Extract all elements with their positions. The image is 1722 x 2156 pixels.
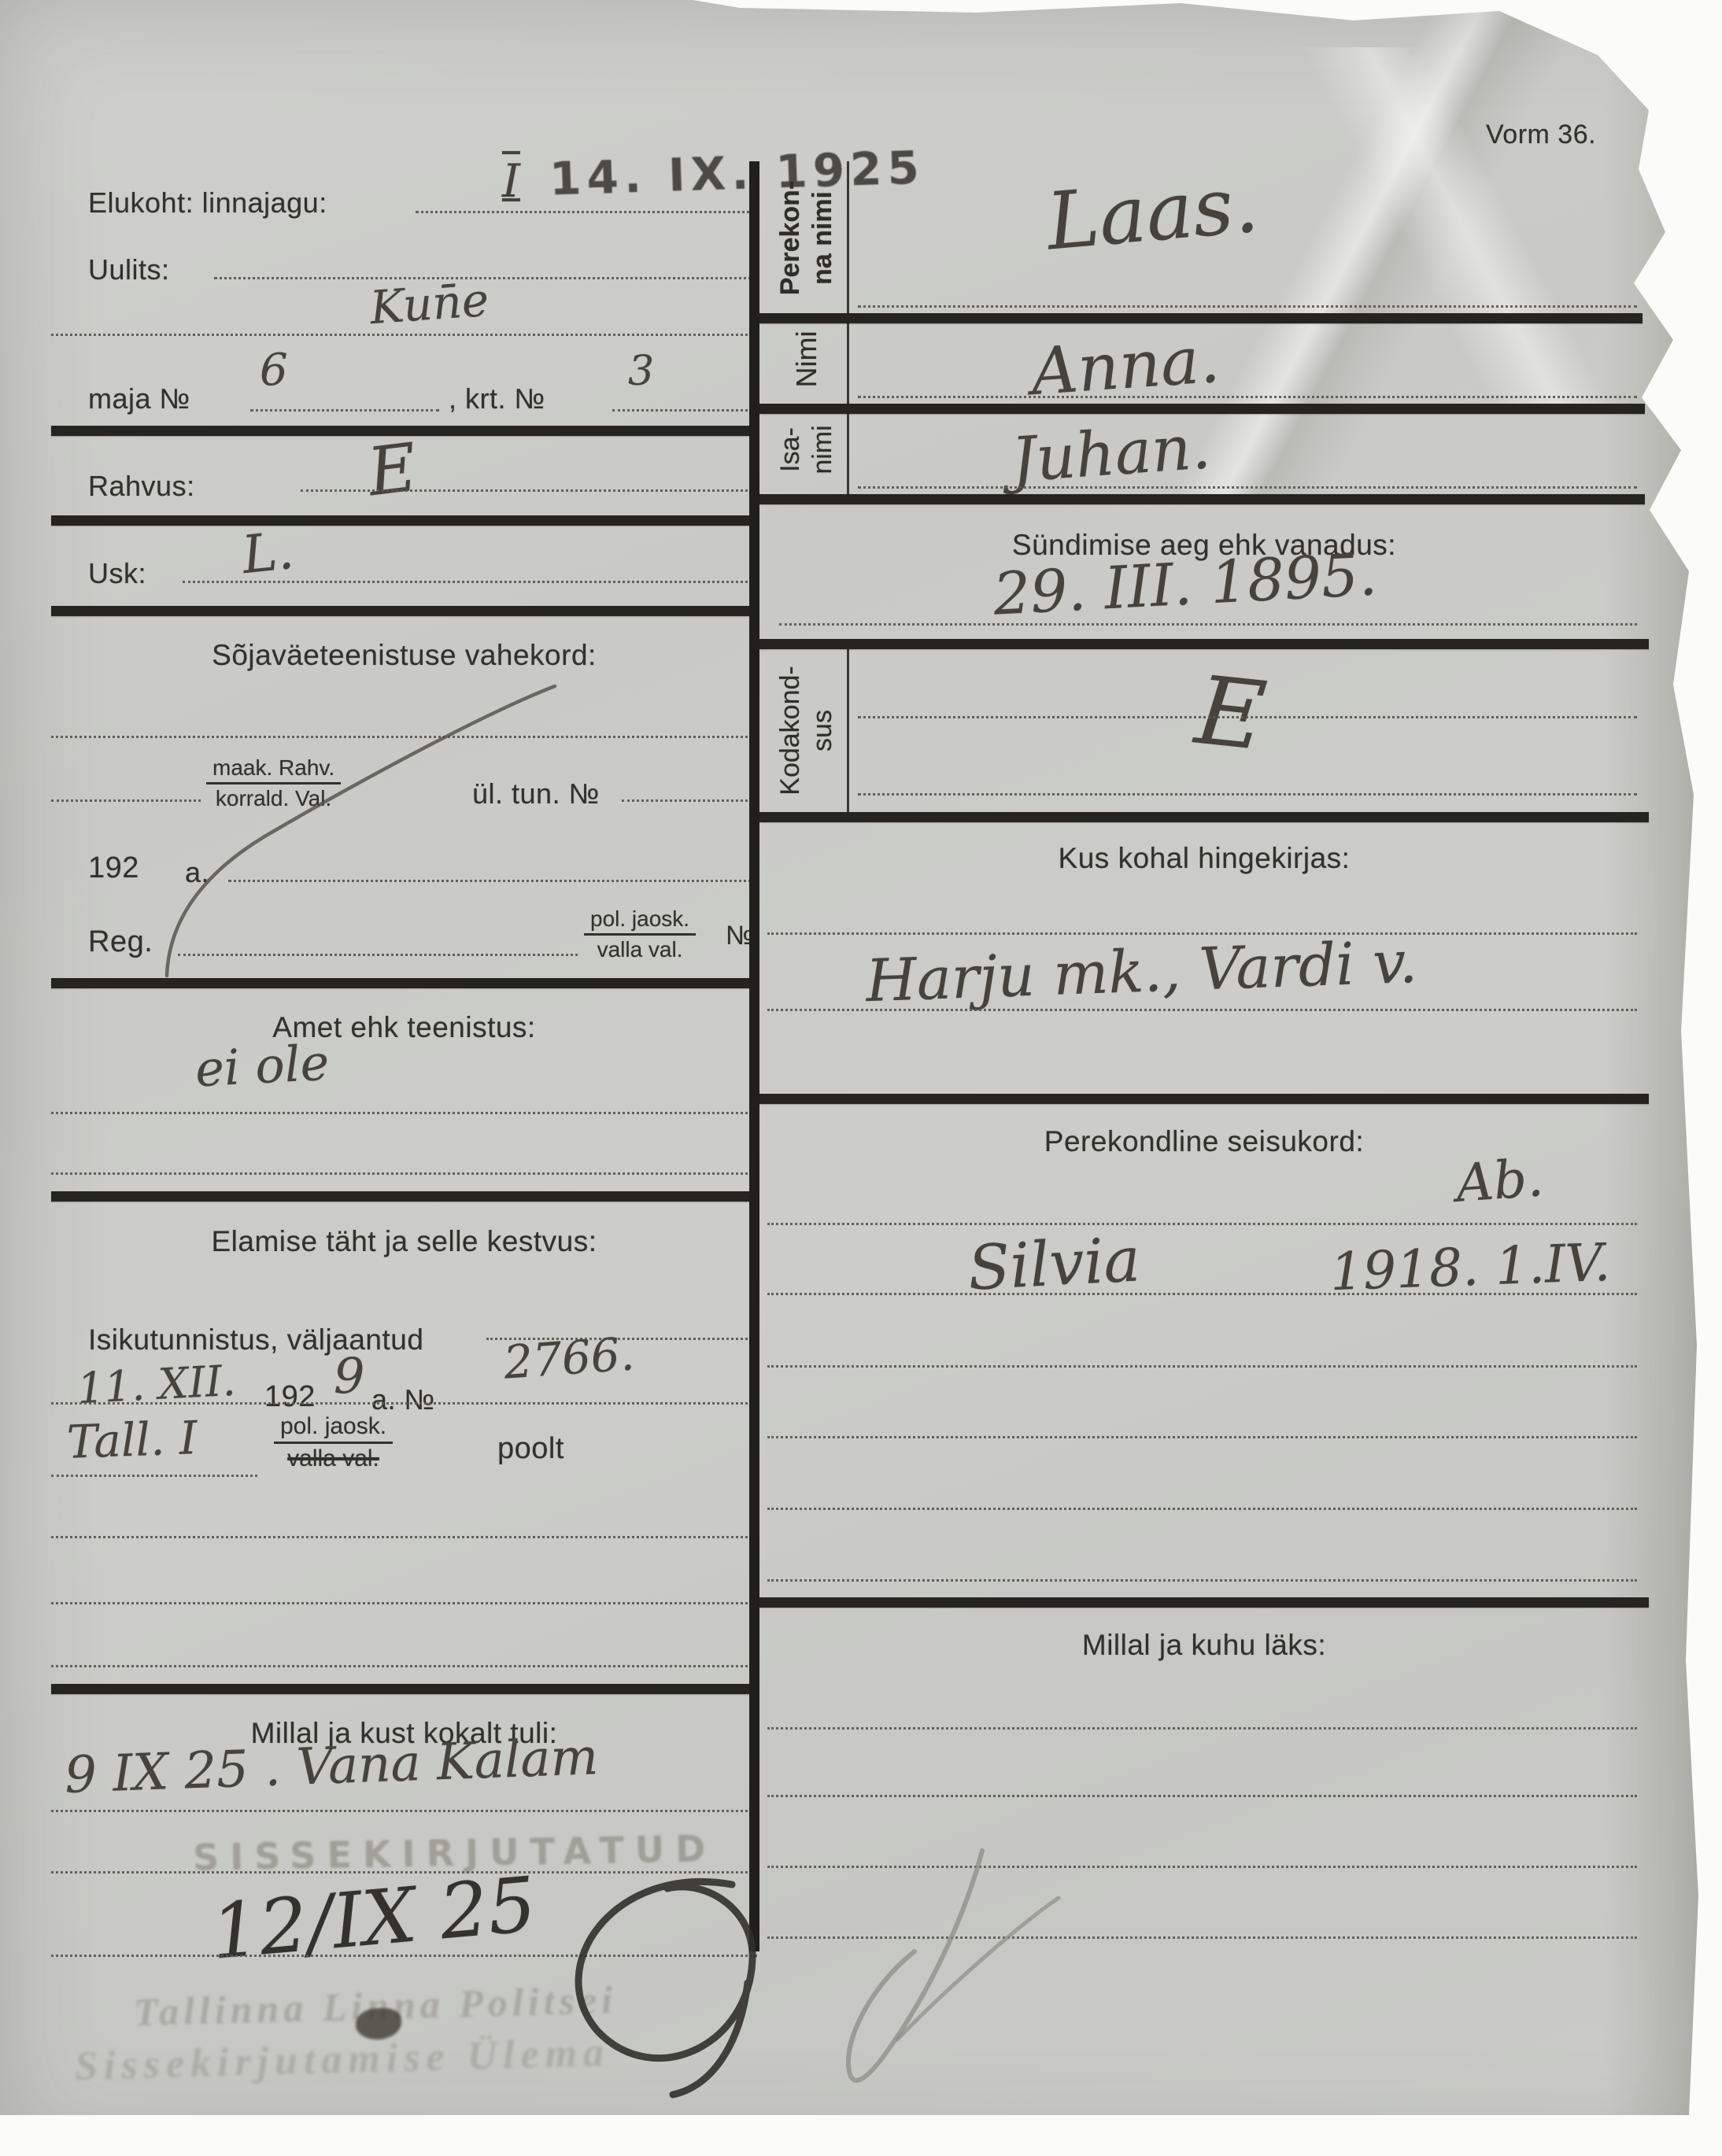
dotted-line (767, 1293, 1637, 1295)
id-year-printed: 192 (264, 1380, 316, 1414)
nationality-label: Rahvus: (88, 470, 195, 503)
torn-edge-shadow (1604, 0, 1722, 2156)
departure-title: Millal ja kuhu läks: (767, 1629, 1641, 1662)
pol-jaosk-fraction: pol. jaosk. valla val. (584, 906, 696, 962)
dotted-line (51, 799, 201, 802)
dotted-line (858, 305, 1637, 308)
label-strip-line (847, 161, 849, 496)
occupation-title: Amet ehk teenistus: (51, 1011, 757, 1044)
dotted-line (767, 1866, 1637, 1868)
father-name-value: Juhan. (1009, 412, 1213, 496)
id-a-no-label: a. № (371, 1383, 435, 1416)
dotted-line (416, 211, 756, 213)
section-rule (759, 494, 1645, 504)
firstname-label: Nimi (789, 331, 824, 388)
section-rule (759, 639, 1649, 649)
parish-register-title: Kus kohal hingekirjas: (767, 842, 1641, 875)
dotted-line (250, 409, 439, 412)
apartment-no-label: , krt. № (449, 382, 545, 415)
dotted-line (767, 1223, 1637, 1225)
section-rule (759, 313, 1643, 323)
surname-label-line2: na nimi (807, 191, 839, 285)
residence-label: Elukoht: linnajagu: (88, 186, 327, 220)
id-year-handwritten: 9 (334, 1347, 364, 1405)
dotted-line (228, 880, 757, 882)
section-rule (51, 978, 757, 988)
marriage-date-value: 1918. 1.IV. (1329, 1232, 1612, 1302)
military-service-title: Sõjaväeteenistuse vahekord: (51, 639, 757, 672)
dotted-line (51, 1810, 757, 1812)
residence-district-value: I (502, 154, 520, 208)
father-label-line2: nimi (807, 425, 839, 474)
dotted-line (51, 334, 757, 336)
surname-value: Laas. (1043, 158, 1262, 268)
dotted-line (767, 932, 1637, 935)
dotted-line (858, 486, 1637, 489)
residence-term-title: Elamise täht ja selle kestvus: (51, 1225, 757, 1258)
column-divider (749, 161, 759, 1951)
dotted-line (767, 1436, 1637, 1438)
maak-rahv-fraction: maak. Rahv. korrald. Val. (206, 755, 341, 811)
section-rule (51, 515, 757, 526)
id-certificate-label: Isikutunnistus, väljaantud (88, 1324, 423, 1357)
nationality-value: E (364, 429, 421, 511)
family-status-value: Ab. (1454, 1147, 1545, 1214)
poolt-label: poolt (497, 1432, 564, 1466)
issuer-fraction: pol. jaosk. valla val. (274, 1413, 393, 1472)
korrald-val-label: korrald. Val. (206, 785, 341, 811)
year-192-label: 192 (88, 851, 139, 885)
dotted-line (51, 1112, 757, 1114)
section-rule (51, 606, 757, 616)
pol-jaosk-label: pol. jaosk. (584, 906, 696, 936)
dotted-line (779, 623, 1637, 626)
street-label: Uulits: (88, 253, 170, 286)
dotted-line (767, 1009, 1637, 1011)
religion-label: Usk: (88, 557, 146, 590)
paper-crease (1228, 47, 1700, 409)
father-name-row-label: Isa- nimi (767, 405, 846, 494)
section-rule (51, 1684, 757, 1694)
dotted-line (858, 716, 1637, 718)
valla-val-label: valla val. (584, 936, 696, 962)
id-number-value: 2766. (502, 1327, 636, 1389)
section-rule (759, 1597, 1649, 1608)
street-value: Kun̄e (368, 273, 490, 334)
dotted-line (51, 1602, 757, 1604)
religion-value: L. (239, 520, 297, 585)
dotted-line (767, 1579, 1637, 1582)
dotted-line (51, 1955, 757, 1957)
dotted-line (612, 409, 757, 412)
section-rule (51, 1191, 757, 1202)
citizenship-label-line2: sus (807, 710, 839, 751)
label-strip-line (847, 649, 849, 812)
apartment-no-value: 3 (628, 348, 654, 395)
dotted-line (178, 954, 578, 956)
dotted-line (767, 1727, 1637, 1730)
citizenship-row-label: Kodakond- sus (767, 649, 846, 812)
house-no-value: 6 (260, 345, 288, 396)
dotted-line (767, 1936, 1637, 1939)
valla-val-struck-label: valla val. (274, 1444, 393, 1472)
dotted-line (767, 1508, 1637, 1510)
certificate-no-label: ül. tun. № (472, 777, 600, 810)
pol-jaosk-label: pol. jaosk. (274, 1413, 393, 1444)
section-rule (759, 812, 1649, 822)
dotted-line (51, 1665, 757, 1667)
citizenship-value: E (1191, 656, 1271, 772)
surname-row-label: Perekon- na nimi (767, 161, 846, 315)
occupation-value: ei ole (194, 1034, 331, 1098)
year-a-label: a. (185, 856, 209, 889)
dotted-line (183, 581, 757, 583)
id-issue-date-value: 11. XII. (76, 1356, 236, 1413)
dotted-line (622, 799, 757, 802)
dotted-line (51, 1536, 757, 1538)
registration-card-scan: Vorm 36. 14. IX. 1925 Elukoht: linnajagu… (0, 0, 1722, 2156)
dotted-line (767, 1795, 1637, 1797)
dotted-line (767, 1365, 1637, 1368)
issuer-city-value: Tall. I (66, 1411, 198, 1469)
dotted-line (51, 1172, 757, 1175)
section-rule (759, 1094, 1649, 1104)
firstname-row-label: Nimi (767, 315, 846, 404)
reg-label: Reg. (88, 925, 153, 959)
form-number: Vorm 36. (1486, 120, 1596, 150)
surname-label-line1: Perekon- (774, 181, 807, 296)
dotted-line (51, 1475, 257, 1477)
dotted-line (858, 396, 1637, 398)
dotted-line (51, 736, 757, 738)
father-label-line1: Isa- (774, 427, 807, 472)
dotted-line (858, 793, 1637, 796)
house-no-label: maja № (88, 382, 190, 415)
citizenship-label-line1: Kodakond- (774, 666, 807, 795)
dotted-line (51, 1402, 757, 1405)
maak-rahv-label: maak. Rahv. (206, 755, 341, 785)
dotted-line (301, 489, 757, 492)
